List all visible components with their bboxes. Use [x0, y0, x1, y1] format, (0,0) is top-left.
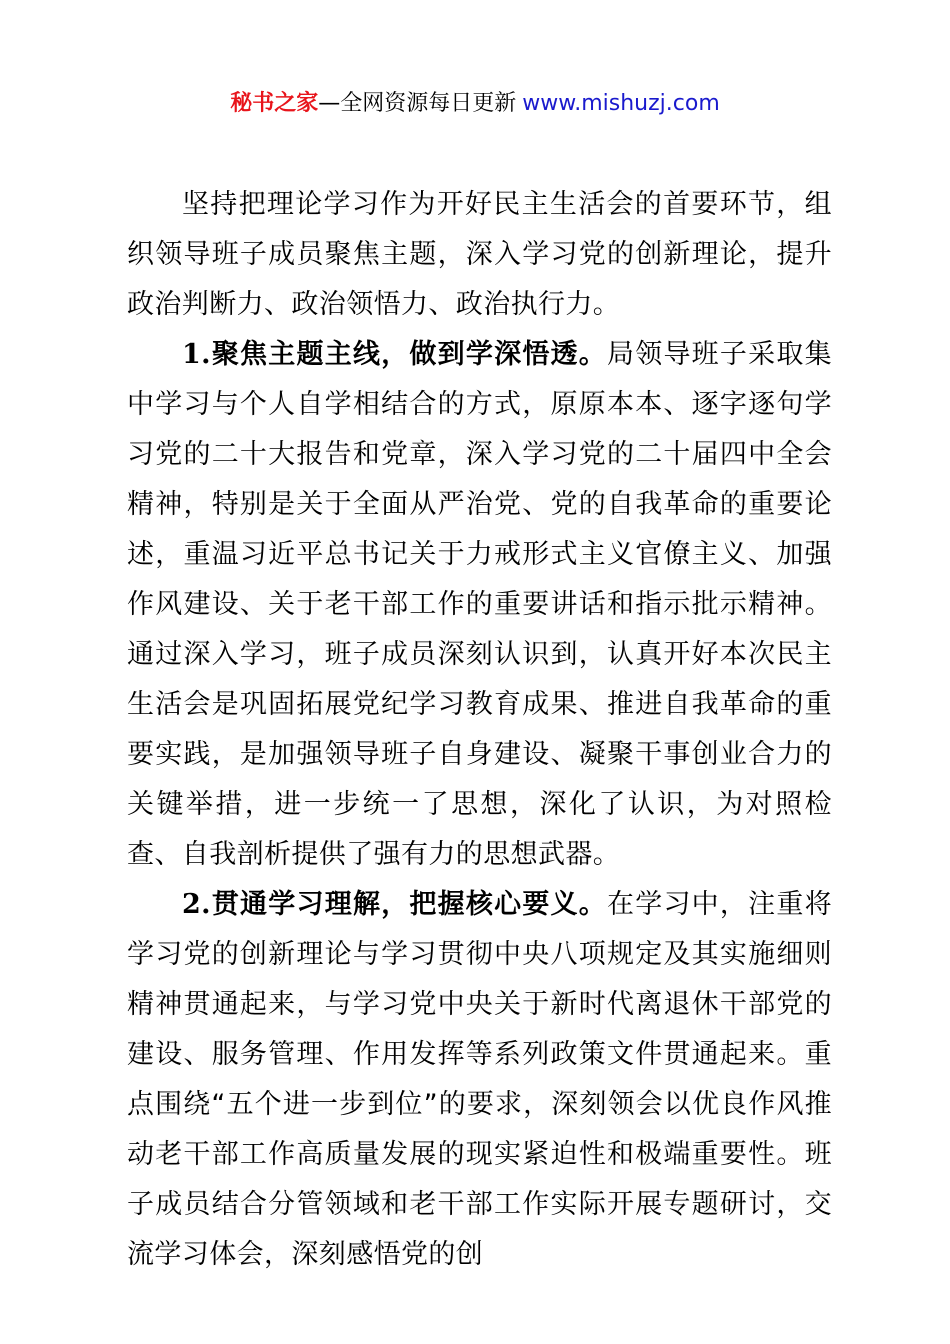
- paragraph-text: 在学习中，注重将学习党的创新理论与学习贯彻中央八项规定及其实施细则精神贯通起来，…: [127, 889, 832, 1270]
- brand-name: 秘书之家: [230, 91, 318, 116]
- banner-tagline: —全网资源每日更新: [318, 91, 516, 116]
- section-paragraph-1: 1.聚焦主题主线，做到学深悟透。局领导班子采取集中学习与个人自学相结合的方式，原…: [127, 330, 832, 880]
- intro-paragraph: 坚持把理论学习作为开好民主生活会的首要环节，组织领导班子成员聚焦主题，深入学习党…: [127, 180, 832, 330]
- section-heading-1: 1.聚焦主题主线，做到学深悟透。: [182, 339, 607, 370]
- site-banner: 秘书之家—全网资源每日更新www.mishuzj.com: [0, 86, 950, 122]
- section-paragraph-2: 2.贯通学习理解，把握核心要义。在学习中，注重将学习党的创新理论与学习贯彻中央八…: [127, 880, 832, 1280]
- paragraph-text: 局领导班子采取集中学习与个人自学相结合的方式，原原本本、逐字逐句学习党的二十大报…: [127, 339, 832, 870]
- document-body: 坚持把理论学习作为开好民主生活会的首要环节，组织领导班子成员聚焦主题，深入学习党…: [127, 180, 832, 1280]
- paragraph-text: 坚持把理论学习作为开好民主生活会的首要环节，组织领导班子成员聚焦主题，深入学习党…: [127, 189, 832, 320]
- site-url-link[interactable]: www.mishuzj.com: [522, 91, 719, 116]
- section-heading-2: 2.贯通学习理解，把握核心要义。: [182, 889, 607, 920]
